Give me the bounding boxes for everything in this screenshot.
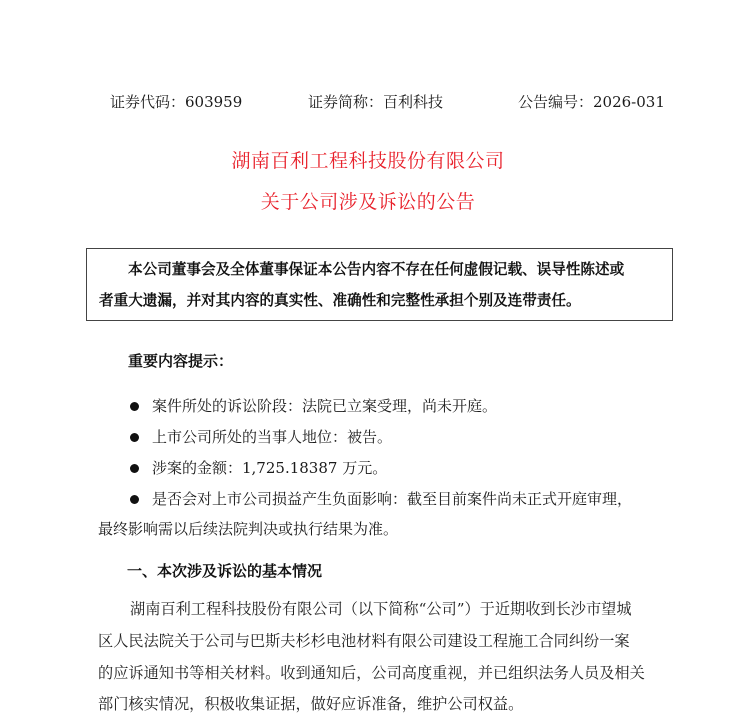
announcement-meta-row: 证券代码：603959 证券简称：百利科技 公告编号：2026-031 [110,90,670,114]
announcement-number: 公告编号：2026-031 [518,90,665,114]
announcement-page: 证券代码：603959 证券简称：百利科技 公告编号：2026-031 湖南百利… [0,0,736,721]
key-point-item: 案件所处的诉讼阶段：法院已立案受理，尚未开庭。 [130,394,497,418]
key-point-item: 涉案的金额：1,725.18387 万元。 [130,456,387,480]
section-1-heading: 一、本次涉及诉讼的基本情况 [127,560,322,581]
bullet-icon [130,495,139,504]
key-point-text: 案件所处的诉讼阶段：法院已立案受理，尚未开庭。 [152,397,497,415]
section-1-paragraph-line: 区人民法院关于公司与巴斯夫杉杉电池材料有限公司建设工程施工合同纠纷一案 [98,629,630,653]
key-point-text: 涉案的金额：1,725.18387 万元。 [152,459,387,477]
bullet-icon [130,402,139,411]
key-point-continuation: 最终影响需以后续法院判决或执行结果为准。 [98,517,398,541]
notice-line-1: 本公司董事会及全体董事保证本公告内容不存在任何虚假记载、误导性陈述或 [128,254,624,285]
bullet-icon [130,433,139,442]
board-guarantee-notice-box: 本公司董事会及全体董事保证本公告内容不存在任何虚假记载、误导性陈述或 者重大遗漏… [86,248,673,321]
key-points-heading: 重要内容提示： [128,350,233,371]
company-title: 湖南百利工程科技股份有限公司 [0,146,736,173]
key-point-item: 上市公司所处的当事人地位：被告。 [130,425,392,449]
announcement-subject-title: 关于公司涉及诉讼的公告 [0,187,736,214]
section-1-paragraph-line: 的应诉通知书等相关材料。收到通知后，公司高度重视，并已组织法务人员及相关 [98,661,645,685]
securities-code: 证券代码：603959 [110,90,242,114]
notice-line-2: 者重大遗漏，并对其内容的真实性、准确性和完整性承担个别及连带责任。 [99,285,581,316]
key-point-text: 上市公司所处的当事人地位：被告。 [152,428,392,446]
section-1-paragraph-line: 部门核实情况，积极收集证据，做好应诉准备，维护公司权益。 [98,692,523,716]
bullet-icon [130,464,139,473]
section-1-paragraph-line: 湖南百利工程科技股份有限公司（以下简称“公司”）于近期收到长沙市望城 [130,597,632,621]
key-point-item: 是否会对上市公司损益产生负面影响：截至目前案件尚未正式开庭审理， [130,487,632,511]
key-point-text: 是否会对上市公司损益产生负面影响：截至目前案件尚未正式开庭审理， [152,490,632,508]
securities-short-name: 证券简称：百利科技 [308,90,443,114]
